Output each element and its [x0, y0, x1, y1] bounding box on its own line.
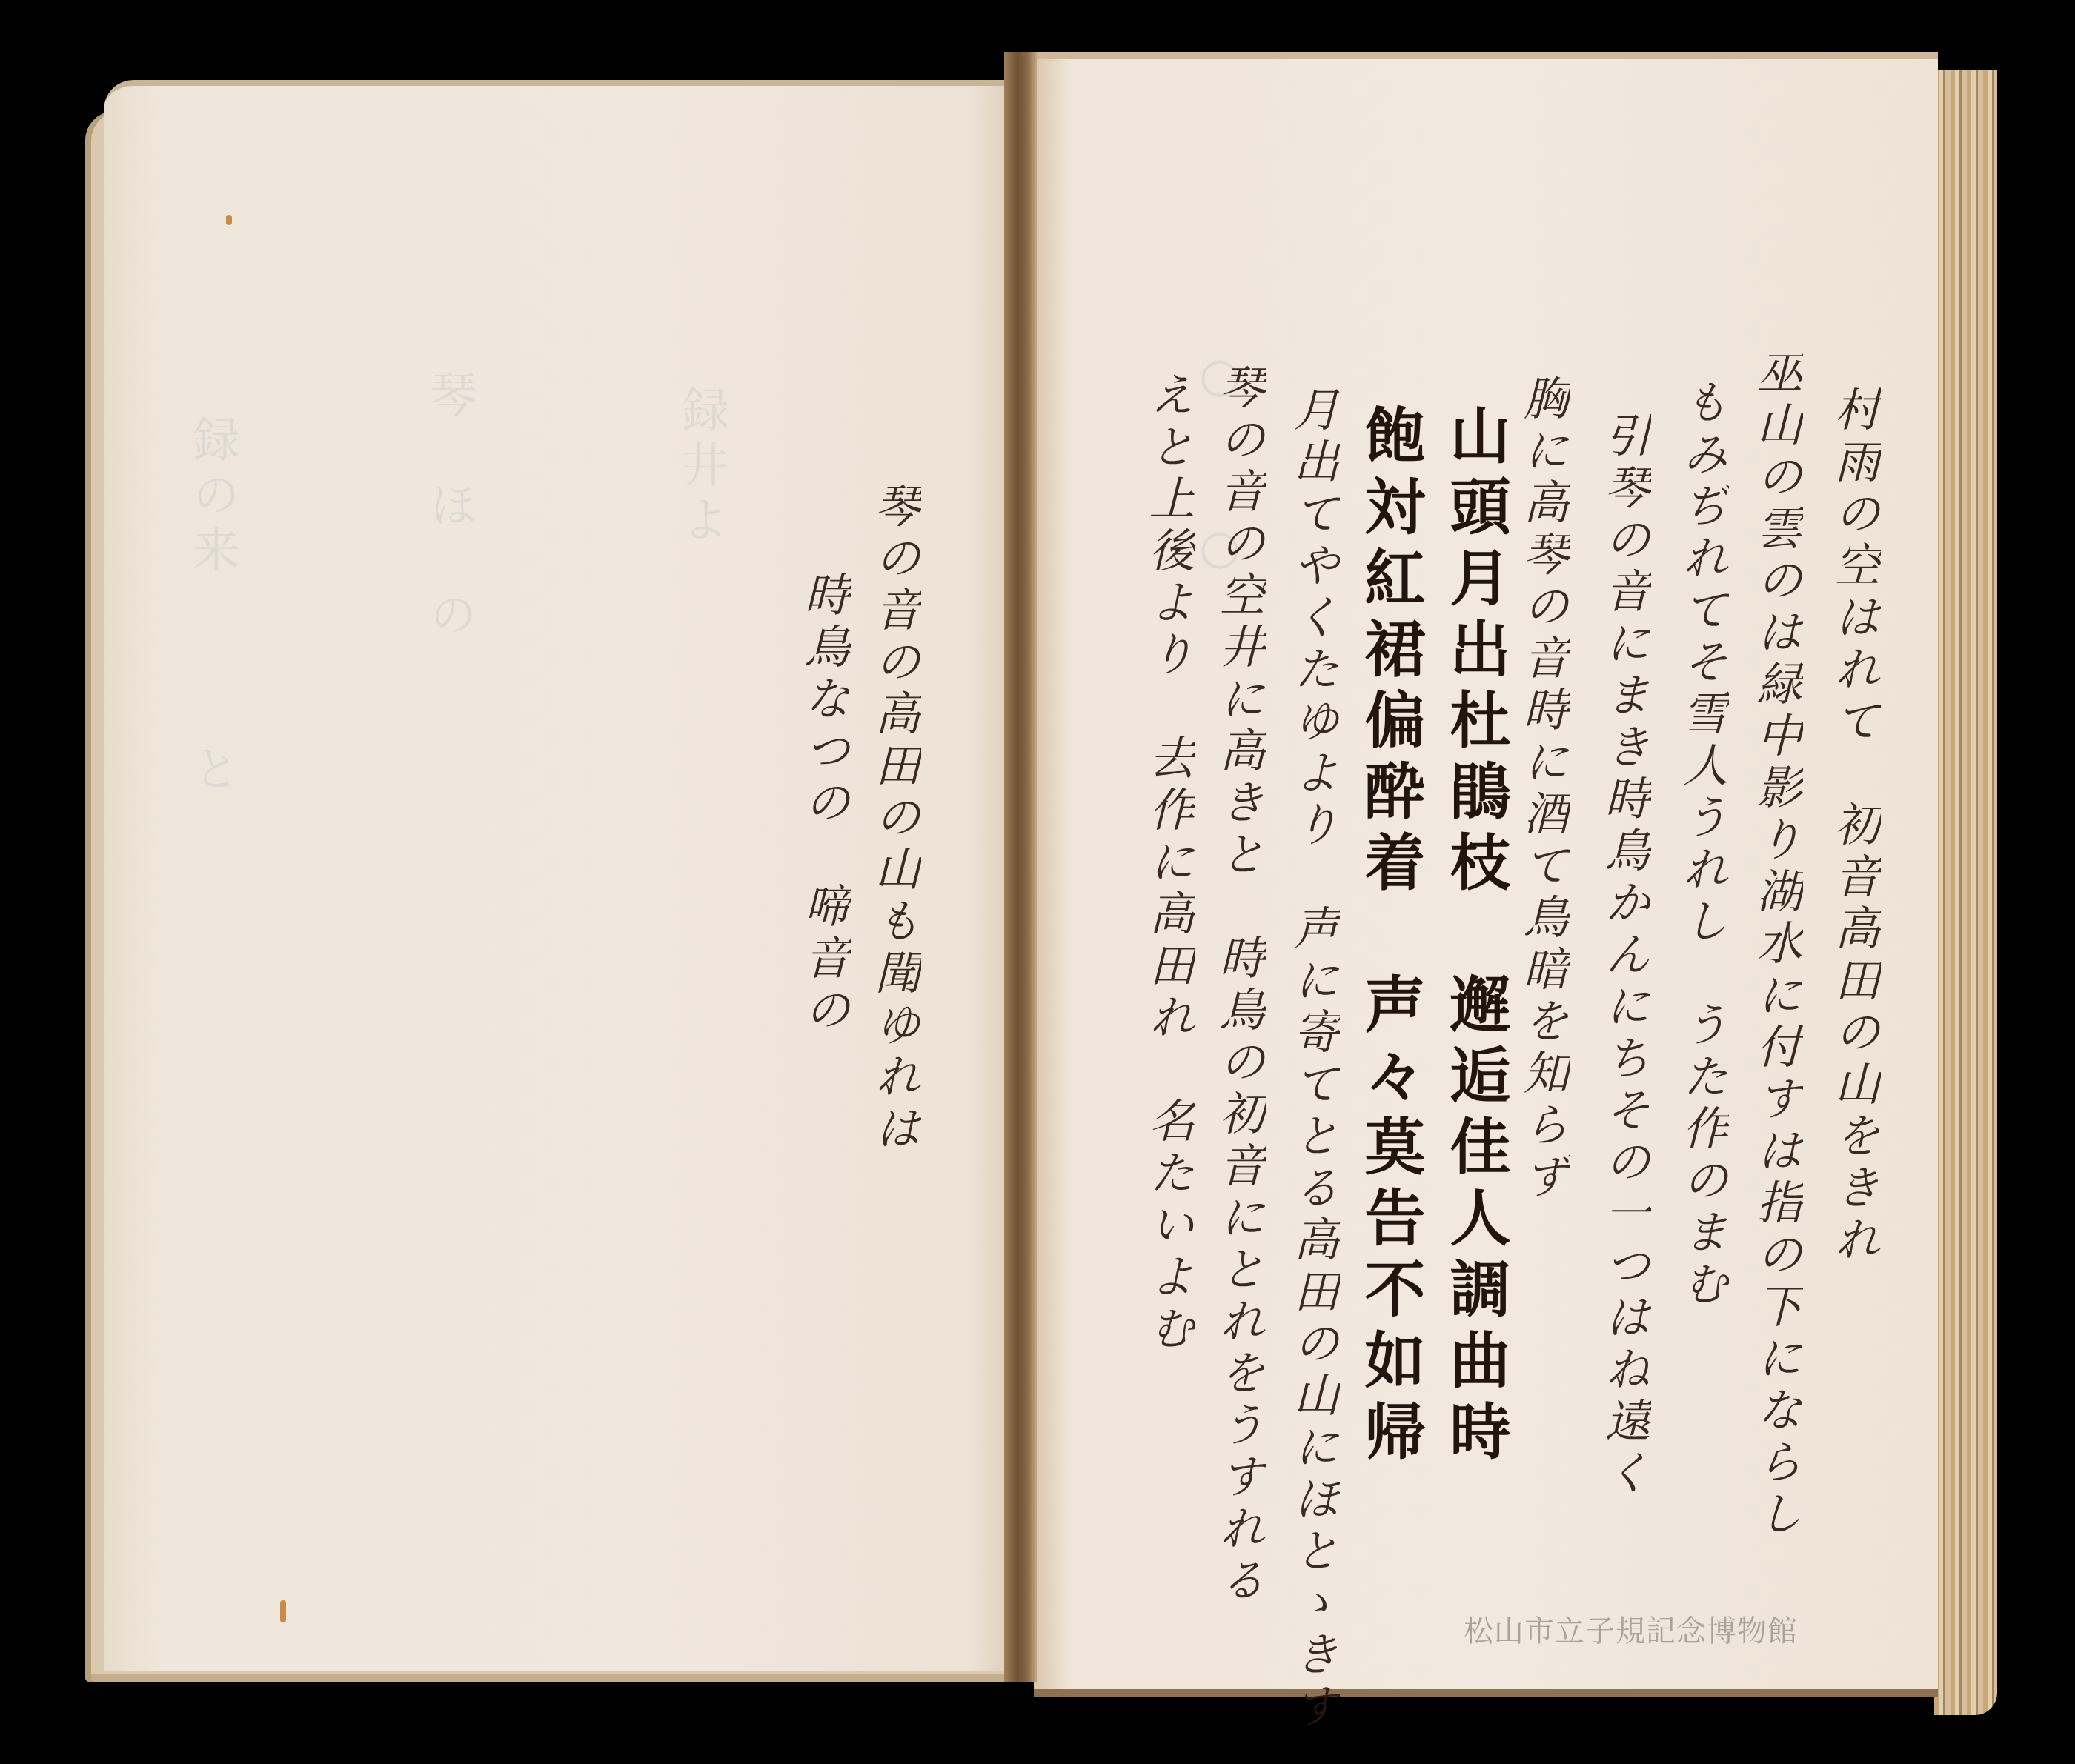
manuscript-column: えと上後より 去作に高田れ 名たいよむ	[1145, 370, 1191, 1356]
manuscript-column: 引琴の音にまき時鳥かんにちその一つはね遠く	[1601, 411, 1647, 1500]
bleed-through-text: 琴 ほ の	[415, 370, 483, 645]
manuscript-column: もみぢれてそ雪人うれし うた作のまむ	[1679, 378, 1724, 1311]
bleed-through-text: 録の来 と	[178, 415, 246, 799]
manuscript-column: 時鳥なつの 啼音の	[800, 570, 846, 1037]
museum-watermark: 松山市立子規記念博物館	[1464, 1608, 1798, 1650]
manuscript-column: 琴の音の空井に高きと 時鳥の初音にとれをうすれる	[1215, 363, 1261, 1608]
manuscript-column: 胸に高琴の音時に酒て鳥暗を知らず	[1519, 374, 1565, 1204]
bleed-through-text: 録井よ	[667, 385, 735, 550]
kanshi-column: 飽対紅裙偏酔着 声々莫告不如帰	[1360, 404, 1421, 1471]
manuscript-column: 月出てやくたゆより 声に寄てとる高田の山にほとゝきす	[1289, 385, 1335, 1734]
manuscript-column: 村雨の空はれて 初音高田の山をきれ	[1830, 385, 1876, 1267]
book-gutter	[1004, 52, 1037, 1682]
paper-stain	[280, 1600, 286, 1622]
right-fore-edge	[1934, 70, 1997, 1715]
manuscript-column: 巫山の雲のは緑中影り湖水に付すは指の下にならし	[1753, 348, 1799, 1541]
open-book-photo: 録の来 と 琴 ほ の 録井よ ○ ○ 琴の音の高田の山も聞ゆれは 時鳥なつの …	[0, 0, 2075, 1764]
paper-stain	[226, 215, 232, 225]
manuscript-column: 琴の音の高田の山も聞ゆれは	[871, 482, 917, 1156]
kanshi-column: 山頭月出杜鵑枝 邂逅佳人調曲時	[1445, 404, 1506, 1471]
